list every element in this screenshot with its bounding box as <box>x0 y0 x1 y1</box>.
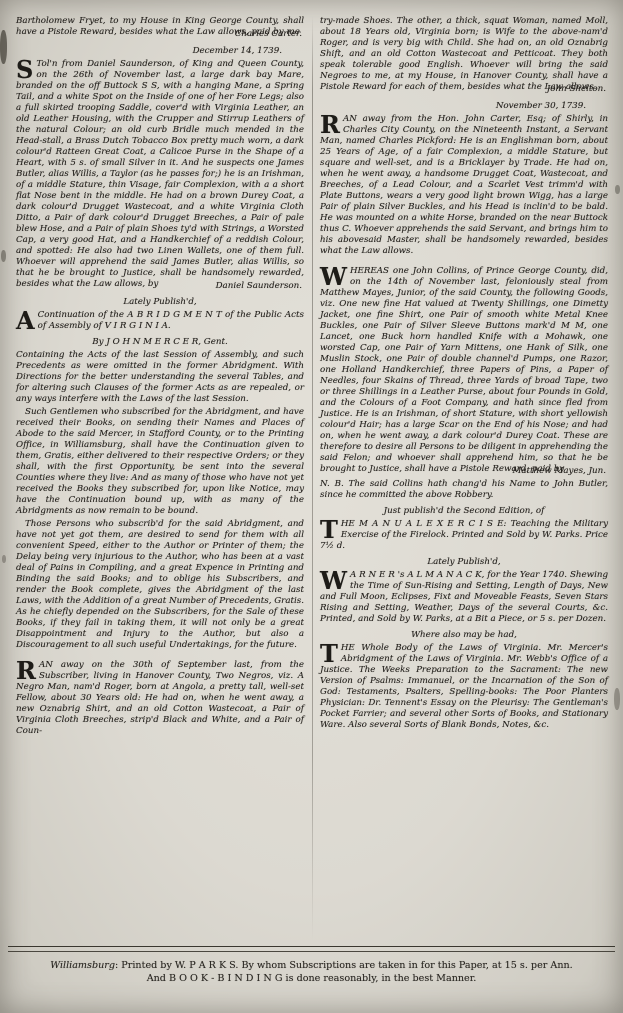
signature-daniel-saunderson-text: Daniel Saunderson. <box>216 281 302 291</box>
ad-ranaway-negros-continued: try-made Shoes. The other, a thick, squa… <box>320 16 608 93</box>
ad-abridgment-title: AContinuation of the A B R I D G M E N T… <box>16 310 304 332</box>
ad-warners-almanack-text: A R N E R 's A L M A N A C K, for the Ye… <box>320 570 608 624</box>
nota-bene-collins-text: N. B. The said Collins hath chang'd his … <box>320 479 608 500</box>
drop-cap-letter: T <box>320 519 341 540</box>
left-column: Bartholomew Fryet, to my House in King G… <box>16 16 304 941</box>
dateline-december: December 14, 1739. <box>16 46 304 57</box>
footer-double-rule <box>8 946 615 952</box>
scan-artifact <box>615 185 620 194</box>
ad-books-list: THE Whole Body of the Laws of Virginia. … <box>320 643 608 731</box>
ad-ranaway-negros-continued-text: try-made Shoes. The other, a thick, squa… <box>320 16 608 92</box>
ad-warners-almanack: WA R N E R 's A L M A N A C K, for the Y… <box>320 570 608 625</box>
dateline-november: November 30, 1739. <box>320 101 608 112</box>
ad-stolen-mare-text: Tol'n from Daniel Saunderson, of King an… <box>16 59 304 289</box>
scan-artifact <box>1 250 6 262</box>
byline-john-mercer: By J O H N M E R C E R, Gent. <box>16 337 304 348</box>
ad-stolen-mare: STol'n from Daniel Saunderson, of King a… <box>16 59 304 290</box>
ad-abridgment-contents: Containing the Acts of the last Session … <box>16 350 304 405</box>
drop-cap-letter: R <box>320 114 343 135</box>
drop-cap-letter: T <box>320 643 341 664</box>
imprint-place: Williamsburg <box>50 960 115 971</box>
ad-abridgment-contents-text: Containing the Acts of the last Session … <box>16 350 304 404</box>
column-gutter <box>304 16 320 941</box>
ad-manual-exercise-text: HE M A N U A L E X E R C I S E: Teaching… <box>320 519 608 551</box>
drop-cap-letter: A <box>16 310 38 331</box>
ad-ranaway-negros: RAN away on the 30th of September last, … <box>16 660 304 737</box>
ad-manual-exercise: THE M A N U A L E X E R C I S E: Teachin… <box>320 519 608 552</box>
page-body: Bartholomew Fryet, to my House in King G… <box>16 16 608 941</box>
ad-abridgment-notice: Those Persons who subscrib'd for the sai… <box>16 519 304 651</box>
signature-john-shelton-text: John Shelton. <box>547 84 606 94</box>
heading-lately-published: Lately Publish'd, <box>16 297 304 308</box>
scan-artifact <box>614 688 620 710</box>
imprint-line-1: Williamsburg: Printed by W. P A R K S. B… <box>8 959 615 972</box>
imprint-text: : Printed by W. P A R K S. By whom Subsc… <box>115 960 573 971</box>
ad-abridgment-title-text: Continuation of the A B R I D G M E N T … <box>38 310 304 331</box>
heading-lately-published-2: Lately Publish'd, <box>320 557 608 568</box>
ad-ranaway-pickford-text: AN away from the Hon. John Carter, Esq; … <box>320 114 608 256</box>
scan-artifact <box>0 30 7 64</box>
dateline-november-text: November 30, 1739. <box>496 101 586 111</box>
scan-artifact <box>2 555 6 563</box>
ad-ranaway-pickford: RAN away from the Hon. John Carter, Esq;… <box>320 114 608 257</box>
column-rule <box>312 16 313 941</box>
signature-charles-carter-text: Charles Carter. <box>235 29 302 39</box>
ad-collins-theft: WHEREAS one John Collins, of Prince Geor… <box>320 266 608 475</box>
drop-cap-letter: W <box>320 570 350 591</box>
heading-second-edition-text: Just publish'd the Second Edition, of <box>384 506 545 516</box>
heading-second-edition: Just publish'd the Second Edition, of <box>320 506 608 517</box>
drop-cap-letter: R <box>16 660 39 681</box>
newspaper-scan-page: Bartholomew Fryet, to my House in King G… <box>0 0 623 1013</box>
drop-cap-letter: W <box>320 266 350 287</box>
dateline-december-text: December 14, 1739. <box>193 46 282 56</box>
ad-collins-theft-text: HEREAS one John Collins, of Prince Georg… <box>320 266 608 474</box>
drop-cap-letter: S <box>16 59 36 80</box>
signature-matthew-mayes-text: Matthew Mayes, Jun. <box>512 466 606 476</box>
nota-bene-collins: N. B. The said Collins hath chang'd his … <box>320 479 608 501</box>
byline-john-mercer-text: By J O H N M E R C E R, Gent. <box>92 337 227 347</box>
ad-books-list-text: HE Whole Body of the Laws of Virginia. M… <box>320 643 608 730</box>
ad-abridgment-subscribers-text: Such Gentlemen who subscribed for the Ab… <box>16 407 304 516</box>
ad-abridgment-subscribers: Such Gentlemen who subscribed for the Ab… <box>16 407 304 517</box>
imprint-line-2: And B O O K - B I N D I N G is done reas… <box>8 972 615 985</box>
heading-where-also-text: Where also may be had, <box>411 630 517 640</box>
heading-where-also: Where also may be had, <box>320 630 608 641</box>
ad-abridgment-notice-text: Those Persons who subscrib'd for the sai… <box>16 519 304 650</box>
imprint-footer: Williamsburg: Printed by W. P A R K S. B… <box>8 946 615 985</box>
ad-ranaway-negros-text: AN away on the 30th of September last, f… <box>16 660 304 736</box>
heading-lately-published-text: Lately Publish'd, <box>123 297 196 307</box>
right-column: try-made Shoes. The other, a thick, squa… <box>320 16 608 941</box>
heading-lately-published-2-text: Lately Publish'd, <box>427 557 500 567</box>
